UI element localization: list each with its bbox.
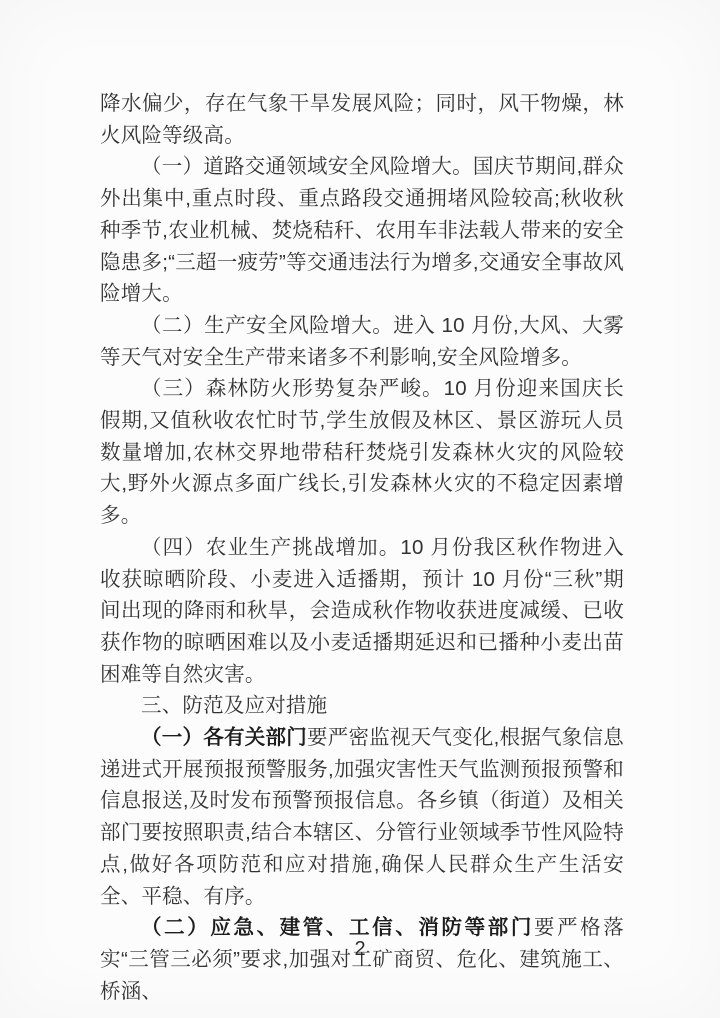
paragraph-text: 降水偏少，存在气象干旱发展风险；同时，风干物燥，林火风险等级高。: [100, 92, 624, 147]
paragraph-text: （四）农业生产挑战增加。10 月份我区秋作物进入收获晾晒阶段、小麦进入适播期，预…: [100, 536, 624, 686]
paragraph-measure-weather-monitoring: （一）各有关部门要严密监视天气变化,根据气象信息递进式开展预报预警服务,加强灾害…: [100, 722, 624, 912]
paragraph-bold-lead: （二）应急、建管、工信、消防等部门: [141, 916, 534, 939]
paragraph-bold-lead: （一）各有关部门: [141, 726, 307, 749]
paragraph-agriculture-challenge: （四）农业生产挑战增加。10 月份我区秋作物进入收获晾晒阶段、小麦进入适播期，预…: [100, 532, 624, 691]
paragraph-risk-drought-continuation: 降水偏少，存在气象干旱发展风险；同时，风干物燥，林火风险等级高。: [100, 88, 624, 151]
section-heading-prevention-measures: 三、防范及应对措施: [100, 690, 624, 722]
paragraph-forest-fire-risk: （三）森林防火形势复杂严峻。10 月份迎来国庆长假期,又值秋收农忙时节,学生放假…: [100, 373, 624, 532]
heading-text: 三、防范及应对措施: [141, 694, 327, 717]
paragraph-text: （二）生产安全风险增大。进入 10 月份,大风、大雾等天气对安全生产带来诸多不利…: [100, 314, 624, 369]
document-page: { "page": { "number": "2" }, "document":…: [0, 0, 720, 1018]
paragraph-production-safety-risk: （二）生产安全风险增大。进入 10 月份,大风、大雾等天气对安全生产带来诸多不利…: [100, 310, 624, 373]
paragraph-road-traffic-risk: （一）道路交通领域安全风险增大。国庆节期间,群众外出集中,重点时段、重点路段交通…: [100, 151, 624, 310]
paragraph-text: （一）道路交通领域安全风险增大。国庆节期间,群众外出集中,重点时段、重点路段交通…: [100, 155, 624, 305]
document-body: 降水偏少，存在气象干旱发展风险；同时，风干物燥，林火风险等级高。 （一）道路交通…: [100, 88, 624, 1007]
paragraph-text: 要严密监视天气变化,根据气象信息递进式开展预报预警服务,加强灾害性天气监测预报预…: [100, 726, 624, 908]
page-number: 2: [0, 938, 720, 961]
paragraph-text: （三）森林防火形势复杂严峻。10 月份迎来国庆长假期,又值秋收农忙时节,学生放假…: [100, 377, 624, 527]
